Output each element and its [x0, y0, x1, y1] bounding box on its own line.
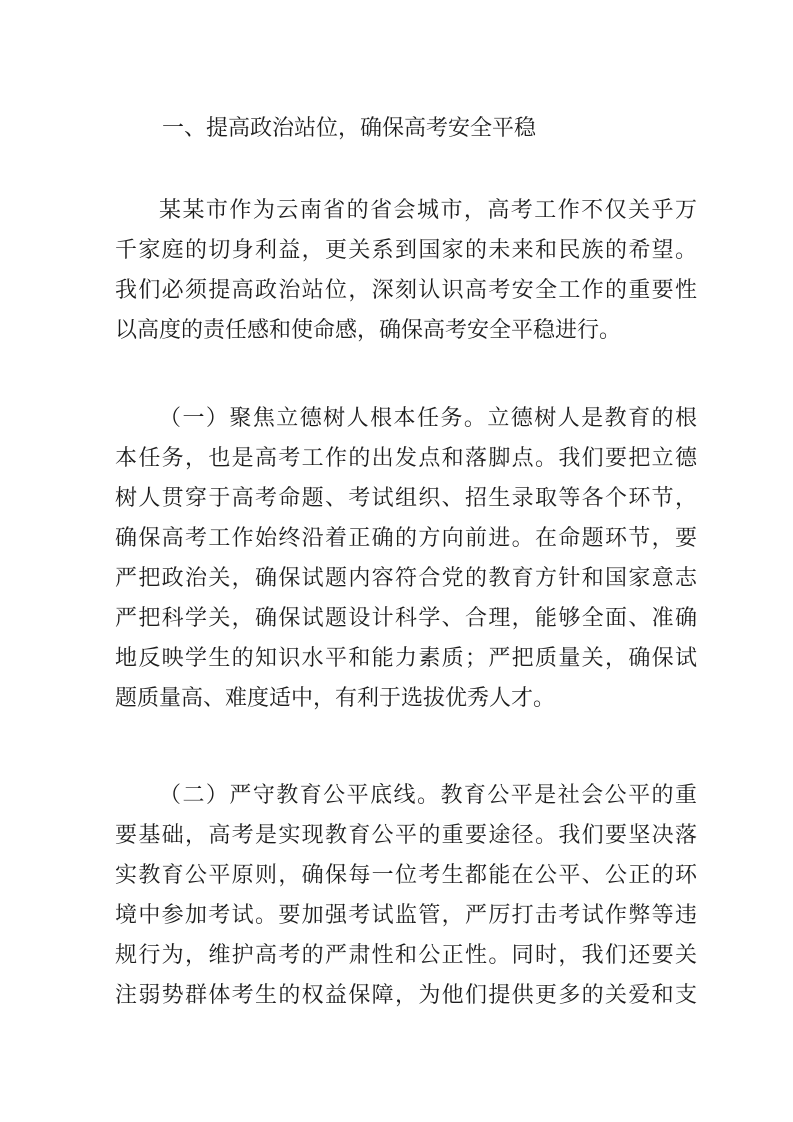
text-line: 严把科学关，确保试题设计科学、合理，能够全面、准确 [115, 598, 697, 638]
paragraph-item-two: （二）严守教育公平底线。教育公平是社会公平的重 要基础，高考是实现教育公平的重要… [115, 775, 697, 1015]
text-line: 地反映学生的知识水平和能力素质；严把质量关，确保试 [115, 638, 697, 678]
document-page: 一、提高政治站位，确保高考安全平稳 某某市作为云南省的省会城市，高考工作不仅关乎… [0, 0, 793, 1122]
text-line: 实教育公平原则，确保每一位考生都能在公平、公正的环 [115, 855, 697, 895]
text-line: 以高度的责任感和使命感，确保高考安全平稳进行。 [115, 310, 697, 350]
text-line: 我们必须提高政治站位，深刻认识高考安全工作的重要性 [115, 270, 697, 310]
text-line: 树人贯穿于高考命题、考试组织、招生录取等各个环节， [115, 478, 697, 518]
section-heading: 一、提高政治站位，确保高考安全平稳 [115, 108, 697, 148]
text-line: （一）聚焦立德树人根本任务。立德树人是教育的根 [115, 398, 697, 438]
text-line: 题质量高、难度适中，有利于选拔优秀人才。 [115, 678, 697, 718]
text-line: 规行为，维护高考的严肃性和公正性。同时，我们还要关 [115, 935, 697, 975]
text-line: 注弱势群体考生的权益保障，为他们提供更多的关爱和支 [115, 975, 697, 1015]
text-line: 境中参加考试。要加强考试监管，严厉打击考试作弊等违 [115, 895, 697, 935]
paragraph-item-one: （一）聚焦立德树人根本任务。立德树人是教育的根 本任务，也是高考工作的出发点和落… [115, 398, 697, 718]
text-line: 确保高考工作始终沿着正确的方向前进。在命题环节，要 [115, 518, 697, 558]
text-line: 严把政治关，确保试题内容符合党的教育方针和国家意志 [115, 558, 697, 598]
text-line: （二）严守教育公平底线。教育公平是社会公平的重 [115, 775, 697, 815]
document-content: 一、提高政治站位，确保高考安全平稳 某某市作为云南省的省会城市，高考工作不仅关乎… [115, 0, 697, 1015]
text-line: 本任务，也是高考工作的出发点和落脚点。我们要把立德 [115, 438, 697, 478]
text-line: 某某市作为云南省的省会城市，高考工作不仅关乎万 [115, 190, 697, 230]
text-line: 要基础，高考是实现教育公平的重要途径。我们要坚决落 [115, 815, 697, 855]
text-line: 千家庭的切身利益，更关系到国家的未来和民族的希望。 [115, 230, 697, 270]
paragraph-intro: 某某市作为云南省的省会城市，高考工作不仅关乎万 千家庭的切身利益，更关系到国家的… [115, 190, 697, 350]
